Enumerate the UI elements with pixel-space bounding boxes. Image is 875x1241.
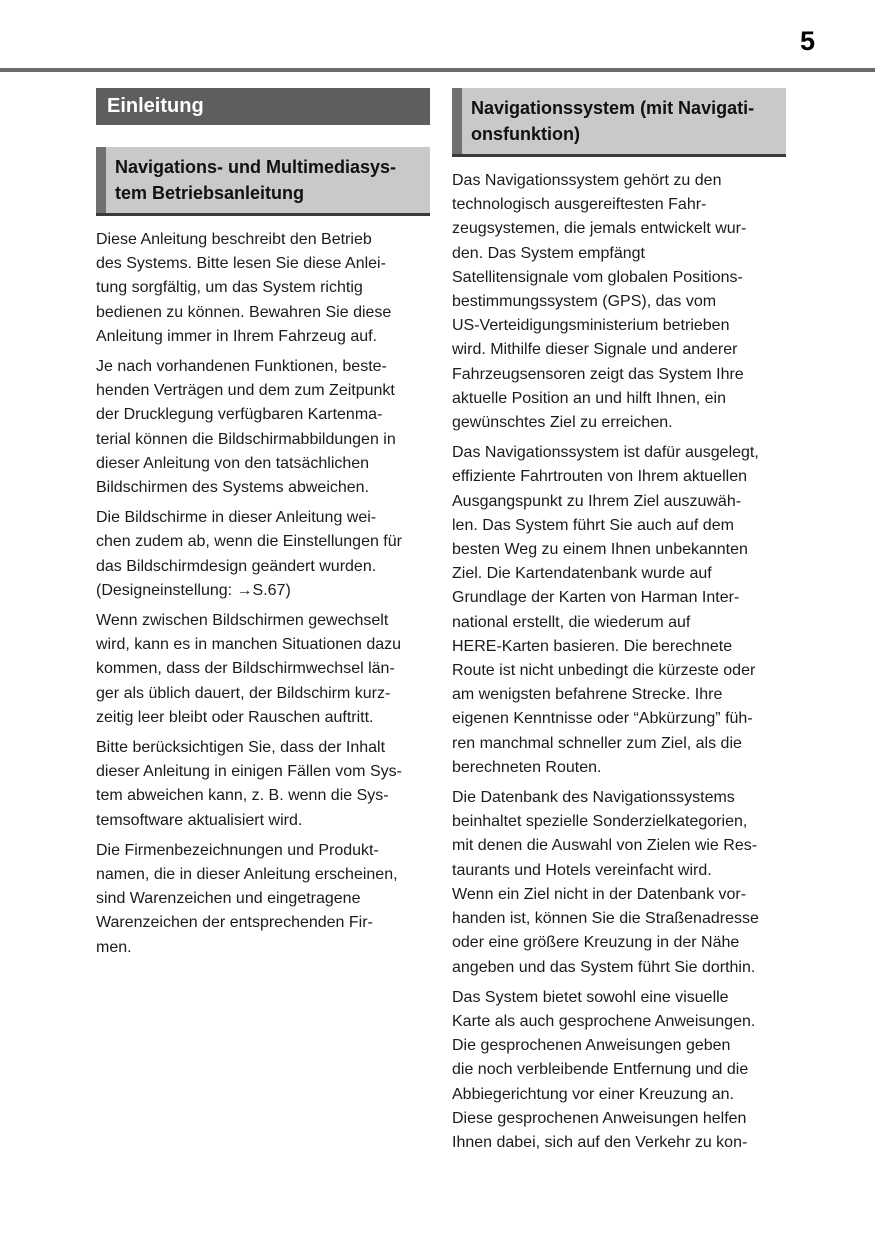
paragraph: Die Bildschirme in dieser Anleitung wei-… [96,506,430,603]
subsection-accent-bar [96,147,106,213]
right-paragraphs: Das Navigationssystem gehört zu den tech… [452,169,786,1155]
paragraph: Das Navigationssystem ist dafür ausgeleg… [452,441,786,780]
subsection-accent-bar [452,88,462,154]
manual-page: 5 Einleitung Navigations- und Multimedia… [0,0,875,1241]
paragraph: Das Navigationssystem gehört zu den tech… [452,169,786,435]
page-number: 5 [800,26,815,57]
paragraph: Das System bietet sowohl eine visuelle K… [452,986,786,1155]
subsection-header-navigation: Navigationssystem (mit Navigati- onsfunk… [452,88,786,157]
subsection-header-navigation-label: Navigationssystem (mit Navigati- onsfunk… [462,88,786,154]
header-rule [0,68,875,72]
paragraph: Je nach vorhandenen Funktionen, beste- h… [96,355,430,500]
paragraph: Wenn zwischen Bildschirmen gewechselt wi… [96,609,430,730]
paragraph: Bitte berücksichtigen Sie, dass der Inha… [96,736,430,833]
paragraph: Die Firmenbezeichnungen und Produkt- nam… [96,839,430,960]
left-paragraphs: Diese Anleitung beschreibt den Betrieb d… [96,228,430,960]
left-column: Einleitung Navigations- und Multimediasy… [96,88,430,966]
paragraph: Die Datenbank des Navigationssystems bei… [452,786,786,980]
subsection-header-multimedia: Navigations- und Multimediasys- tem Betr… [96,147,430,216]
right-column: Navigationssystem (mit Navigati- onsfunk… [452,88,786,1161]
section-header-einleitung: Einleitung [96,88,430,125]
paragraph: Diese Anleitung beschreibt den Betrieb d… [96,228,430,349]
subsection-header-multimedia-label: Navigations- und Multimediasys- tem Betr… [106,147,430,213]
